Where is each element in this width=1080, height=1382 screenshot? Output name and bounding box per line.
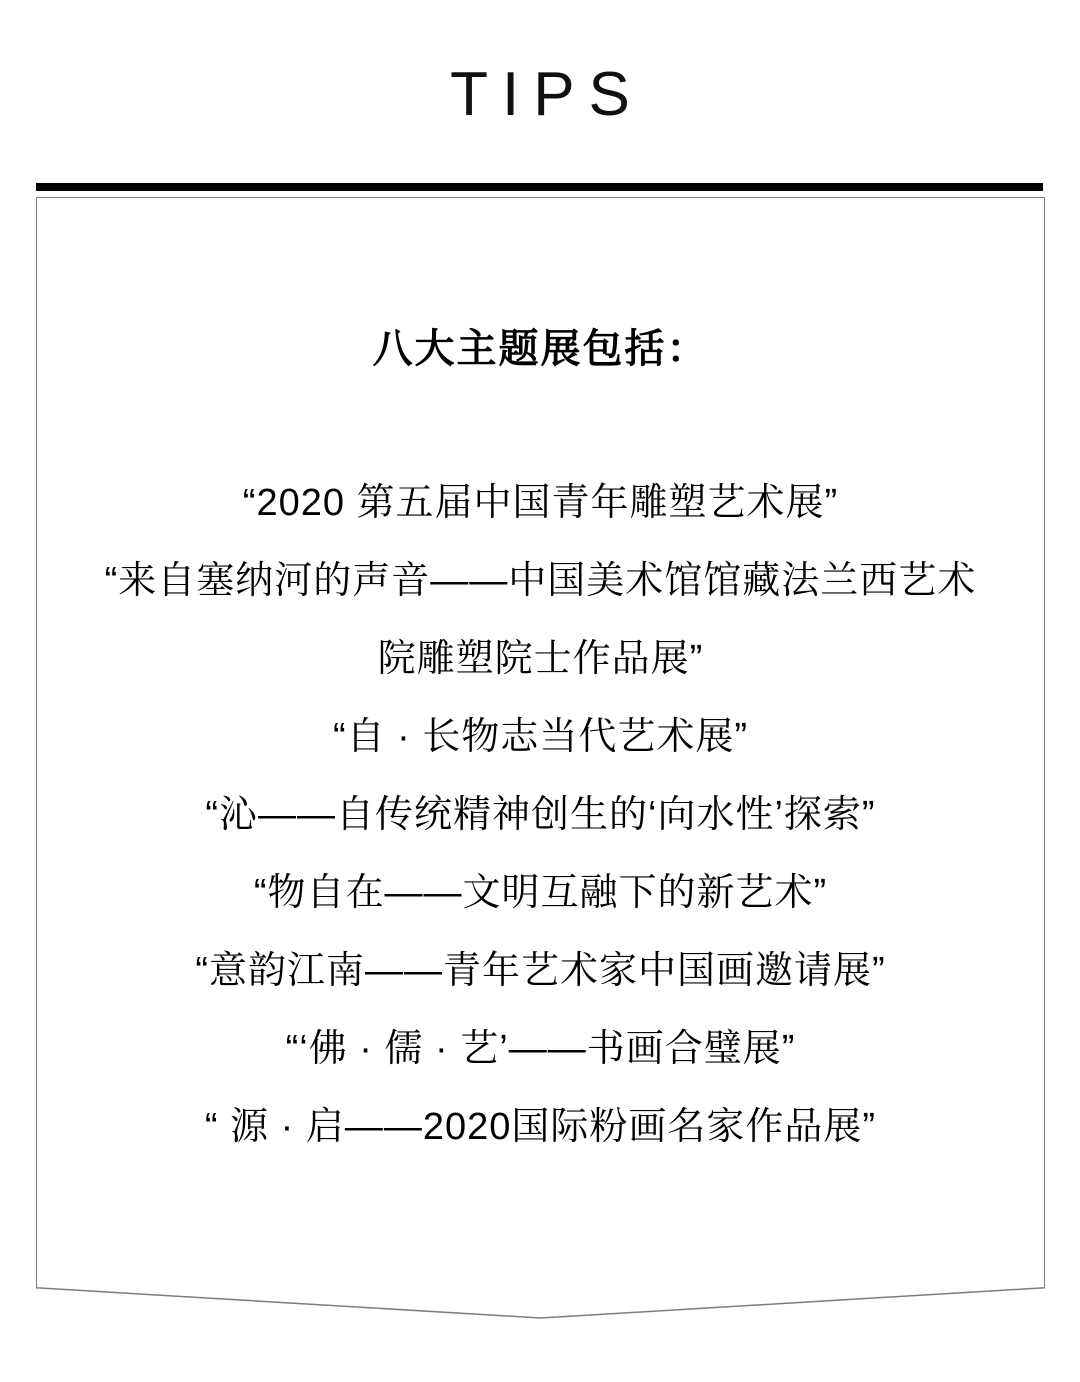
panel-heading: 八大主题展包括： <box>37 310 1044 388</box>
notch-lines <box>36 1287 1045 1323</box>
exhibition-item: “来自塞纳河的声音——中国美术馆馆藏法兰西艺术院雕塑院士作品展” <box>91 542 991 698</box>
exhibition-item: “2020 第五届中国青年雕塑艺术展” <box>91 464 991 542</box>
exhibition-item: “自 · 长物志当代艺术展” <box>91 698 991 776</box>
tips-panel: 八大主题展包括： “2020 第五届中国青年雕塑艺术展” “来自塞纳河的声音——… <box>36 197 1045 1288</box>
divider-bar <box>36 183 1043 191</box>
exhibition-list: “2020 第五届中国青年雕塑艺术展” “来自塞纳河的声音——中国美术馆馆藏法兰… <box>91 464 991 1166</box>
page-title: TIPS <box>0 58 1080 132</box>
exhibition-item: “沁——自传统精神创生的‘向水性’探索” <box>91 776 991 854</box>
exhibition-item: “意韵江南——青年艺术家中国画邀请展” <box>91 932 991 1010</box>
exhibition-item: “‘佛 · 儒 · 艺’——书画合璧展” <box>91 1010 991 1088</box>
panel-bottom-notch <box>36 1287 1045 1323</box>
exhibition-item: “物自在——文明互融下的新艺术” <box>91 854 991 932</box>
exhibition-item: “ 源 · 启——2020国际粉画名家作品展” <box>91 1088 991 1166</box>
page: TIPS 八大主题展包括： “2020 第五届中国青年雕塑艺术展” “来自塞纳河… <box>0 0 1080 1382</box>
